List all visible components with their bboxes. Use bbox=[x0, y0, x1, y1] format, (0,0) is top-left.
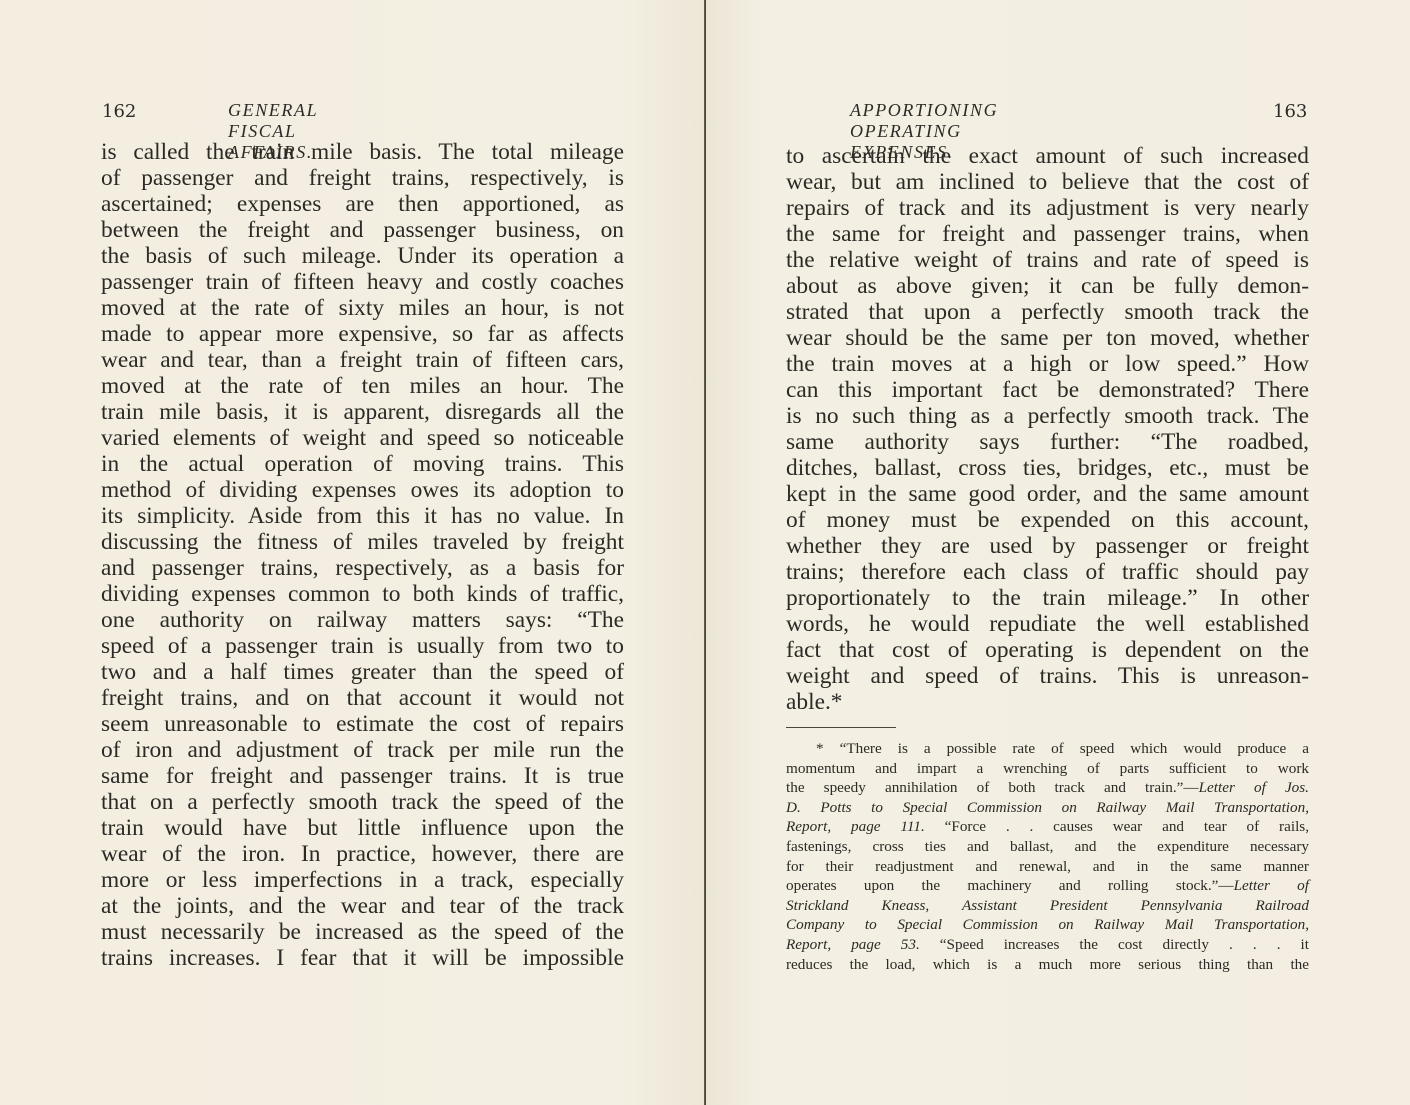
text-line: between the freight and passenger busine… bbox=[101, 217, 624, 243]
footnote-line: operates upon the machinery and rolling … bbox=[786, 876, 1309, 896]
text-line: at the joints, and the wear and tear of … bbox=[101, 893, 624, 919]
text-line: the basis of such mileage. Under its ope… bbox=[101, 243, 624, 269]
footnote: * “There is a possible rate of speed whi… bbox=[786, 739, 1309, 974]
text-line: of money must be expended on this accoun… bbox=[786, 507, 1309, 533]
text-line: discussing the fitness of miles traveled… bbox=[101, 529, 624, 555]
citation-text: Strickland Kneass, Assistant President P… bbox=[786, 897, 1309, 914]
citation-text: Report, page 111. bbox=[786, 818, 925, 835]
citation-text: Letter of bbox=[1234, 877, 1309, 894]
quote-text: “Force . . causes wear and tear of rails… bbox=[925, 818, 1309, 835]
text-line: wear of the iron. In practice, however, … bbox=[101, 841, 624, 867]
text-line: speed of a passenger train is usually fr… bbox=[101, 633, 624, 659]
text-line: the relative weight of trains and rate o… bbox=[786, 247, 1309, 273]
footnote-line: * “There is a possible rate of speed whi… bbox=[786, 739, 1309, 759]
text-line: repairs of track and its adjustment is v… bbox=[786, 195, 1309, 221]
text-line: of passenger and freight trains, respect… bbox=[101, 165, 624, 191]
footnote-line: D. Potts to Special Commission on Railwa… bbox=[786, 798, 1309, 818]
footnote-line: Report, page 111. “Force . . causes wear… bbox=[786, 817, 1309, 837]
body-text: to ascertain the exact amount of such in… bbox=[786, 143, 1309, 715]
text-line: moved at the rate of ten miles an hour. … bbox=[101, 373, 624, 399]
text-line: able.* bbox=[786, 689, 1309, 715]
text-line: same authority says further: “The roadbe… bbox=[786, 429, 1309, 455]
text-line: train mile basis, it is apparent, disreg… bbox=[101, 399, 624, 425]
text-line: strated that upon a perfectly smooth tra… bbox=[786, 299, 1309, 325]
text-line: kept in the same good order, and the sam… bbox=[786, 481, 1309, 507]
footnote-line: Report, page 53. “Speed increases the co… bbox=[786, 935, 1309, 955]
text-line: freight trains, and on that account it w… bbox=[101, 685, 624, 711]
text-line: ditches, ballast, cross ties, bridges, e… bbox=[786, 455, 1309, 481]
text-line: whether they are used by passenger or fr… bbox=[786, 533, 1309, 559]
quote-text: fastenings, cross ties and ballast, and … bbox=[786, 838, 1309, 855]
footnote-line: reduces the load, which is a much more s… bbox=[786, 955, 1309, 975]
page-number: 162 bbox=[102, 101, 136, 122]
text-line: passenger train of fifteen heavy and cos… bbox=[101, 269, 624, 295]
text-line: of iron and adjustment of track per mile… bbox=[101, 737, 624, 763]
quote-text: for their readjustment and renewal, and … bbox=[786, 858, 1309, 875]
text-line: about as above given; it can be fully de… bbox=[786, 273, 1309, 299]
text-line: moved at the rate of sixty miles an hour… bbox=[101, 295, 624, 321]
book-spread: 162 GENERAL FISCAL AFFAIRS. is called th… bbox=[0, 0, 1410, 1105]
quote-text: * “There is a possible rate of speed whi… bbox=[816, 740, 1309, 757]
text-line: made to appear more expensive, so far as… bbox=[101, 321, 624, 347]
text-line: must necessarily be increased as the spe… bbox=[101, 919, 624, 945]
text-line: to ascertain the exact amount of such in… bbox=[786, 143, 1309, 169]
text-line: and passenger trains, respectively, as a… bbox=[101, 555, 624, 581]
quote-text: operates upon the machinery and rolling … bbox=[786, 877, 1234, 894]
text-line: words, he would repudiate the well estab… bbox=[786, 611, 1309, 637]
quote-text: momentum and impart a wrenching of parts… bbox=[786, 760, 1309, 777]
text-line: more or less imperfections in a track, e… bbox=[101, 867, 624, 893]
citation-text: D. Potts to Special Commission on Railwa… bbox=[786, 799, 1309, 816]
quote-text: the speedy annihilation of both track an… bbox=[786, 779, 1199, 796]
text-line: proportionately to the train mileage.” I… bbox=[786, 585, 1309, 611]
text-line: wear should be the same per ton moved, w… bbox=[786, 325, 1309, 351]
citation-text: Report, page 53. bbox=[786, 936, 920, 953]
text-line: same for freight and passenger trains. I… bbox=[101, 763, 624, 789]
footnote-line: momentum and impart a wrenching of parts… bbox=[786, 759, 1309, 779]
body-text: is called the train mile basis. The tota… bbox=[101, 139, 624, 971]
quote-text: reduces the load, which is a much more s… bbox=[786, 956, 1309, 973]
text-line: weight and speed of trains. This is unre… bbox=[786, 663, 1309, 689]
text-line: method of dividing expenses owes its ado… bbox=[101, 477, 624, 503]
text-line: that on a perfectly smooth track the spe… bbox=[101, 789, 624, 815]
text-line: one authority on railway matters says: “… bbox=[101, 607, 624, 633]
text-line: trains; therefore each class of traffic … bbox=[786, 559, 1309, 585]
citation-text: Letter of Jos. bbox=[1199, 779, 1309, 796]
right-page: APPORTIONING OPERATING EXPENSES. 163 to … bbox=[706, 0, 1410, 1105]
quote-text: “Speed increases the cost directly . . .… bbox=[920, 936, 1309, 953]
text-line: the same for freight and passenger train… bbox=[786, 221, 1309, 247]
text-line: ascertained; expenses are then apportion… bbox=[101, 191, 624, 217]
footnote-divider bbox=[786, 727, 896, 728]
text-line: dividing expenses common to both kinds o… bbox=[101, 581, 624, 607]
text-line: is no such thing as a perfectly smooth t… bbox=[786, 403, 1309, 429]
text-line: its simplicity. Aside from this it has n… bbox=[101, 503, 624, 529]
text-line: the train moves at a high or low speed.”… bbox=[786, 351, 1309, 377]
text-line: wear, but am inclined to believe that th… bbox=[786, 169, 1309, 195]
text-line: wear and tear, than a freight train of f… bbox=[101, 347, 624, 373]
footnote-line: fastenings, cross ties and ballast, and … bbox=[786, 837, 1309, 857]
text-line: varied elements of weight and speed so n… bbox=[101, 425, 624, 451]
left-page: 162 GENERAL FISCAL AFFAIRS. is called th… bbox=[0, 0, 706, 1105]
text-line: can this important fact be demonstrated?… bbox=[786, 377, 1309, 403]
text-line: trains increases. I fear that it will be… bbox=[101, 945, 624, 971]
footnote-line: Strickland Kneass, Assistant President P… bbox=[786, 896, 1309, 916]
footnote-line: Company to Special Commission on Railway… bbox=[786, 915, 1309, 935]
text-line: train would have but little influence up… bbox=[101, 815, 624, 841]
footnote-line: for their readjustment and renewal, and … bbox=[786, 857, 1309, 877]
text-line: in the actual operation of moving trains… bbox=[101, 451, 624, 477]
text-line: is called the train mile basis. The tota… bbox=[101, 139, 624, 165]
text-line: seem unreasonable to estimate the cost o… bbox=[101, 711, 624, 737]
citation-text: Company to Special Commission on Railway… bbox=[786, 916, 1309, 933]
text-line: fact that cost of operating is dependent… bbox=[786, 637, 1309, 663]
footnote-line: the speedy annihilation of both track an… bbox=[786, 778, 1309, 798]
text-line: two and a half times greater than the sp… bbox=[101, 659, 624, 685]
page-number: 163 bbox=[1273, 101, 1307, 122]
